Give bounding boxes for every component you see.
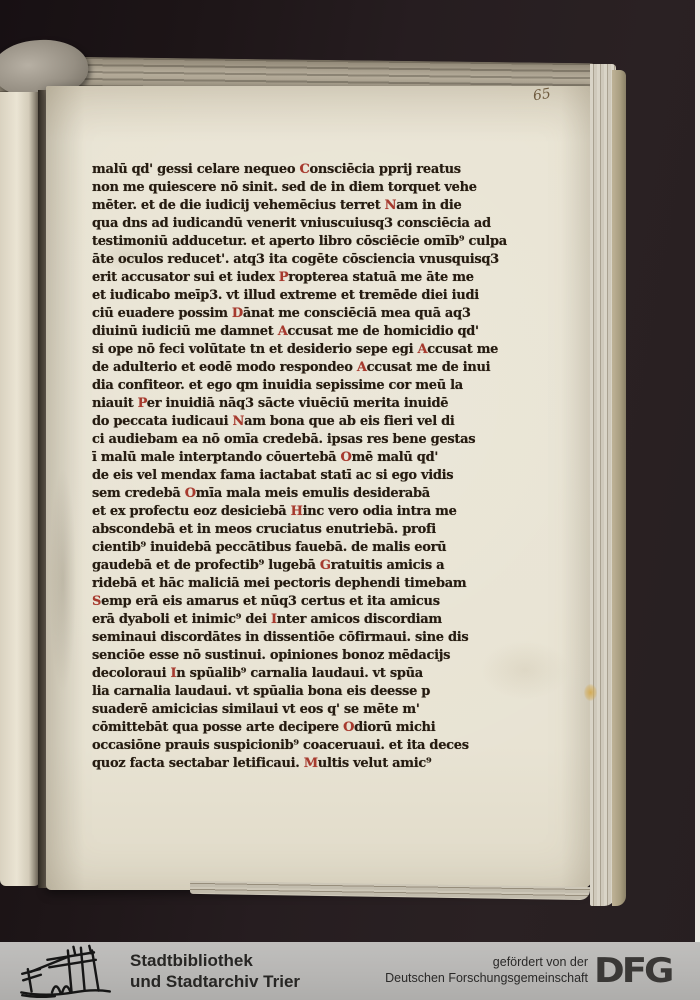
- ink-text: ridebā et hāc maliciā mei pectoris dephe…: [92, 576, 466, 591]
- manuscript-text: malū qd' gessi celare nequeo Consciēcia …: [92, 161, 512, 777]
- ink-text: er inuidiā nāq3 sācte viuēciū merita inu…: [147, 396, 448, 411]
- manuscript-line: ī malū male interptando cōuertebā Omē ma…: [92, 449, 512, 467]
- ink-text: de adulterio et eodē modo respondeo: [92, 360, 357, 375]
- manuscript-line: do peccata iudicaui Nam bona que ab eis …: [92, 413, 512, 431]
- ink-text: de eis vel mendax fama iactabat statī ac…: [92, 468, 453, 483]
- ink-text: abscondebā et in meos cruciatus enutrieb…: [92, 522, 436, 537]
- ink-text: mēter. et de die iudicij vehemēcius terr…: [92, 198, 385, 213]
- fore-edge: [612, 70, 626, 906]
- dfg-logo: DFG: [594, 948, 694, 994]
- ink-text: diuinū iudiciū me damnet: [92, 324, 278, 339]
- ink-text: ccusat me de inui: [367, 360, 491, 375]
- library-name-line1: Stadtbibliothek: [130, 950, 300, 971]
- manuscript-line: gaudebā et de profectib⁹ lugebā Gratuiti…: [92, 557, 512, 575]
- rubricated-initial: C: [299, 162, 309, 177]
- footer-banner: Stadtbibliothek und Stadtarchiv Trier ge…: [0, 942, 700, 1000]
- ink-text: testimoniū adducetur. et aperto libro cō…: [92, 234, 507, 249]
- manuscript-line: de eis vel mendax fama iactabat statī ac…: [92, 467, 512, 485]
- ink-text: ropterea statuā me āte me: [288, 270, 473, 285]
- ink-text: ccusat me: [427, 342, 498, 357]
- ink-text: emp erā eis amarus et nūq3 certus et ita…: [101, 594, 440, 609]
- ink-text: erit accusator sui et iudex: [92, 270, 279, 285]
- ink-text: occasiōne prauis suspicionib⁹ coaceruaui…: [92, 738, 469, 753]
- ink-text: seminaui discordātes in dissentiōe cōfir…: [92, 630, 468, 645]
- manuscript-line: lia carnalia laudaui. vt spūalia bona ei…: [92, 683, 512, 701]
- manuscript-line: et ex profectu eoz desiciebā Hinc vero o…: [92, 503, 512, 521]
- ink-text: cientib⁹ inuidebā peccātibus fauebā. de …: [92, 540, 446, 555]
- rubricated-initial: H: [291, 504, 303, 519]
- manuscript-line: seminaui discordātes in dissentiōe cōfir…: [92, 629, 512, 647]
- ink-text: ciū euadere possim: [92, 306, 232, 321]
- rubricated-initial: A: [278, 324, 288, 339]
- rubricated-initial: G: [320, 558, 331, 573]
- funding-credit: gefördert von der Deutschen Forschungsge…: [385, 955, 588, 986]
- manuscript-line: malū qd' gessi celare nequeo Consciēcia …: [92, 161, 512, 179]
- library-name: Stadtbibliothek und Stadtarchiv Trier: [130, 950, 300, 992]
- manuscript-line: senciōe esse nō sustinui. opiniones bono…: [92, 647, 512, 665]
- manuscript-line: sem credebā Omīa mala meis emulis deside…: [92, 485, 512, 503]
- digitized-manuscript-photo: 65 malū qd' gessi celare nequeo Consciēc…: [0, 0, 700, 1000]
- ink-text: non me quiescere nō sinit. sed de in die…: [92, 180, 477, 195]
- ink-text: cōmittebāt qua posse arte decipere: [92, 720, 343, 735]
- ink-text: ultis velut amic⁹: [318, 756, 432, 771]
- library-name-line2: und Stadtarchiv Trier: [130, 971, 300, 992]
- manuscript-line: quoz facta sectabar letificaui. Multis v…: [92, 755, 512, 773]
- ink-text: ī malū male interptando cōuertebā: [92, 450, 341, 465]
- ink-text: dia confiteor. et ego qm inuidia sepissi…: [92, 378, 463, 393]
- stadtbibliothek-logo: [18, 944, 114, 998]
- ink-text: n spūalib⁹ carnalia laudaui. vt spūa: [176, 666, 423, 681]
- rubricated-initial: D: [232, 306, 243, 321]
- rubricated-initial: O: [343, 720, 354, 735]
- manuscript-line: Semp erā eis amarus et nūq3 certus et it…: [92, 593, 512, 611]
- funding-credit-line1: gefördert von der: [385, 955, 588, 971]
- manuscript-line: et iudicabo meīp3. vt illud extreme et t…: [92, 287, 512, 305]
- ink-text: onsciēcia pprij reatus: [310, 162, 461, 177]
- rubricated-initial: S: [92, 594, 101, 609]
- manuscript-line: cōmittebāt qua posse arte decipere Odior…: [92, 719, 512, 737]
- ink-text: am in die: [396, 198, 461, 213]
- ink-text: diorū michi: [354, 720, 435, 735]
- funding-credit-line2: Deutschen Forschungsgemeinschaft: [385, 971, 588, 987]
- facing-page-edge: [0, 92, 40, 886]
- ink-text: mē malū qd': [352, 450, 439, 465]
- ink-text: quoz facta sectabar letificaui.: [92, 756, 304, 771]
- ink-text: am bona que ab eis fieri vel di: [244, 414, 454, 429]
- manuscript-line: erit accusator sui et iudex Propterea st…: [92, 269, 512, 287]
- ink-text: niauit: [92, 396, 138, 411]
- ink-text: ratuitis amicis a: [331, 558, 445, 573]
- manuscript-line: ci audiebam ea nō omīa credebā. ipsas re…: [92, 431, 512, 449]
- manuscript-line: ridebā et hāc maliciā mei pectoris dephe…: [92, 575, 512, 593]
- manuscript-line: dia confiteor. et ego qm inuidia sepissi…: [92, 377, 512, 395]
- rubricated-initial: N: [385, 198, 397, 213]
- ink-text: sem credebā: [92, 486, 185, 501]
- ink-text: si ope nō feci volūtate tn et desiderio …: [92, 342, 417, 357]
- manuscript-line: de adulterio et eodē modo respondeo Accu…: [92, 359, 512, 377]
- ink-text: et ex profectu eoz desiciebā: [92, 504, 291, 519]
- manuscript-line: si ope nō feci volūtate tn et desiderio …: [92, 341, 512, 359]
- ink-text: ānat me consciēciā mea quā aq3: [243, 306, 471, 321]
- manuscript-line: ciū euadere possim Dānat me consciēciā m…: [92, 305, 512, 323]
- manuscript-line: qua dns ad iudicandū venerit vniuscuiusq…: [92, 215, 512, 233]
- rubricated-initial: P: [279, 270, 288, 285]
- ink-text: āte oculos reducet'. atq3 ita cogēte cōs…: [92, 252, 499, 267]
- ink-text: suaderē amicicias similaui vt eos q' se …: [92, 702, 420, 717]
- ink-text: inc vero odia intra me: [303, 504, 457, 519]
- rubricated-initial: M: [304, 756, 318, 771]
- folio-number: 65: [532, 86, 552, 105]
- ink-text: lia carnalia laudaui. vt spūalia bona ei…: [92, 684, 430, 699]
- manuscript-line: niauit Per inuidiā nāq3 sācte viuēciū me…: [92, 395, 512, 413]
- ink-text: ci audiebam ea nō omīa credebā. ipsas re…: [92, 432, 475, 447]
- ink-text: mīa mala meis emulis desiderabā: [196, 486, 430, 501]
- ink-text: malū qd' gessi celare nequeo: [92, 162, 299, 177]
- ink-text: erā dyaboli et inimic⁹ dei: [92, 612, 271, 627]
- ink-text: decoloraui: [92, 666, 170, 681]
- ink-text: gaudebā et de profectib⁹ lugebā: [92, 558, 320, 573]
- manuscript-line: suaderē amicicias similaui vt eos q' se …: [92, 701, 512, 719]
- ink-text: nter amicos discordiam: [277, 612, 442, 627]
- rubricated-initial: A: [417, 342, 427, 357]
- manuscript-line: non me quiescere nō sinit. sed de in die…: [92, 179, 512, 197]
- manuscript-line: occasiōne prauis suspicionib⁹ coaceruaui…: [92, 737, 512, 755]
- manuscript-line: erā dyaboli et inimic⁹ dei Inter amicos …: [92, 611, 512, 629]
- scan-edge-strip: [695, 0, 700, 942]
- manuscript-line: decoloraui In spūalib⁹ carnalia laudaui.…: [92, 665, 512, 683]
- manuscript-line: diuinū iudiciū me damnet Accusat me de h…: [92, 323, 512, 341]
- manuscript-line: mēter. et de die iudicij vehemēcius terr…: [92, 197, 512, 215]
- rubricated-initial: N: [233, 414, 245, 429]
- manuscript-line: cientib⁹ inuidebā peccātibus fauebā. de …: [92, 539, 512, 557]
- rubricated-initial: A: [357, 360, 367, 375]
- manuscript-line: abscondebā et in meos cruciatus enutrieb…: [92, 521, 512, 539]
- ink-text: et iudicabo meīp3. vt illud extreme et t…: [92, 288, 479, 303]
- ink-text: qua dns ad iudicandū venerit vniuscuiusq…: [92, 216, 491, 231]
- rubricated-initial: O: [185, 486, 196, 501]
- rubricated-initial: P: [138, 396, 147, 411]
- ink-text: senciōe esse nō sustinui. opiniones bono…: [92, 648, 450, 663]
- ink-text: ccusat me de homicidio qd': [287, 324, 478, 339]
- ink-text: do peccata iudicaui: [92, 414, 233, 429]
- manuscript-line: āte oculos reducet'. atq3 ita cogēte cōs…: [92, 251, 512, 269]
- rubricated-initial: O: [341, 450, 352, 465]
- manuscript-line: testimoniū adducetur. et aperto libro cō…: [92, 233, 512, 251]
